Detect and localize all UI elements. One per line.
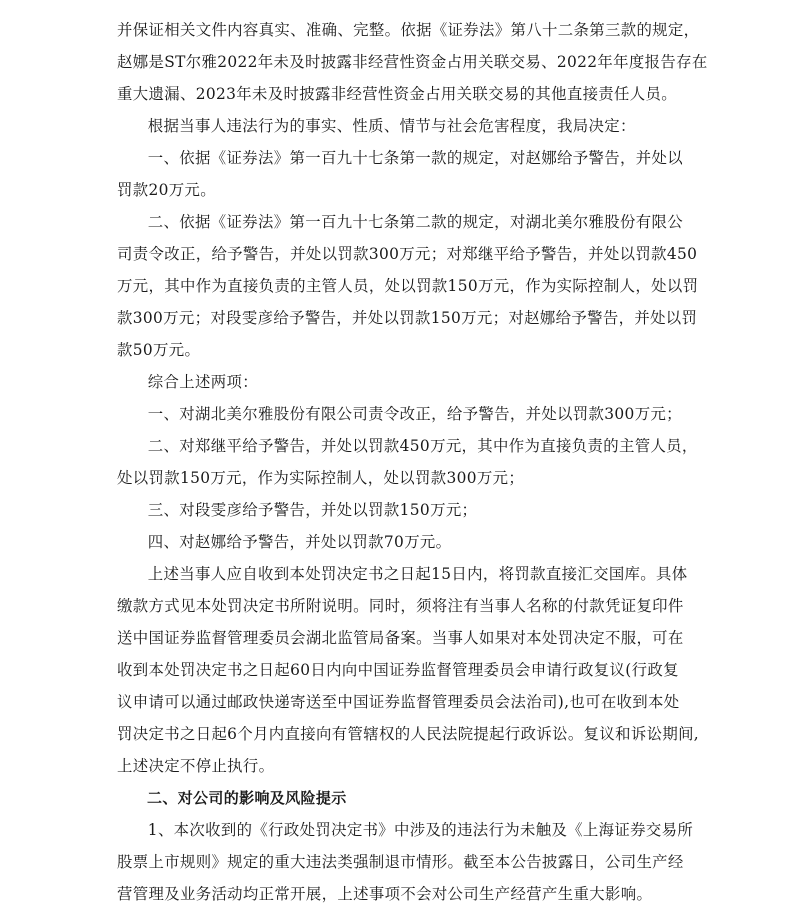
text-line: 股票上市规则》规定的重大违法类强制退市情形。截至本公告披露日，公司生产经 — [117, 846, 699, 878]
text-line: 营管理及业务活动均正常开展，上述事项不会对公司生产经营产生重大影响。 — [117, 878, 699, 910]
text-line: 上述决定不停止执行。 — [117, 750, 699, 782]
text-line: 三、对段雯彦给予警告，并处以罚款150万元； — [117, 494, 699, 526]
text-line: 一、依据《证券法》第一百九十七条第一款的规定，对赵娜给予警告，并处以 — [117, 142, 699, 174]
text-line: 二、依据《证券法》第一百九十七条第二款的规定，对湖北美尔雅股份有限公 — [117, 206, 699, 238]
text-line: 赵娜是ST尔雅2022年未及时披露非经营性资金占用关联交易、2022年年度报告存… — [117, 46, 699, 78]
text-line: 缴款方式见本处罚决定书所附说明。同时，须将注有当事人名称的付款凭证复印件 — [117, 590, 699, 622]
text-line: 综合上述两项： — [117, 366, 699, 398]
text-line: 收到本处罚决定书之日起60日内向中国证券监督管理委员会申请行政复议(行政复 — [117, 654, 699, 686]
document-page: 并保证相关文件内容真实、准确、完整。依据《证券法》第八十二条第三款的规定， 赵娜… — [117, 14, 699, 910]
text-line: 万元，其中作为直接负责的主管人员，处以罚款150万元，作为实际控制人，处以罚 — [117, 270, 699, 302]
text-line: 款50万元。 — [117, 334, 699, 366]
text-line: 处以罚款150万元，作为实际控制人，处以罚款300万元； — [117, 462, 699, 494]
heading-text: 二、对公司的影响及风险提示 — [117, 782, 699, 814]
text-line: 款300万元；对段雯彦给予警告，并处以罚款150万元；对赵娜给予警告，并处以罚 — [117, 302, 699, 334]
paragraph-summary-4: 四、对赵娜给予警告，并处以罚款70万元。 — [117, 526, 699, 558]
text-line: 一、对湖北美尔雅股份有限公司责令改正，给予警告，并处以罚款300万元； — [117, 398, 699, 430]
paragraph-decision-intro: 根据当事人违法行为的事实、性质、情节与社会危害程度，我局决定： — [117, 110, 699, 142]
paragraph-decision-2: 二、依据《证券法》第一百九十七条第二款的规定，对湖北美尔雅股份有限公 司责令改正… — [117, 206, 699, 366]
text-line: 司责令改正，给予警告，并处以罚款300万元；对郑继平给予警告，并处以罚款450 — [117, 238, 699, 270]
paragraph-payment-and-appeal: 上述当事人应自收到本处罚决定书之日起15日内，将罚款直接汇交国库。具体 缴款方式… — [117, 558, 699, 782]
text-line: 罚款20万元。 — [117, 174, 699, 206]
text-line: 根据当事人违法行为的事实、性质、情节与社会危害程度，我局决定： — [117, 110, 699, 142]
section-heading-impact-and-risk: 二、对公司的影响及风险提示 — [117, 782, 699, 814]
paragraph-summary-intro: 综合上述两项： — [117, 366, 699, 398]
paragraph-summary-2: 二、对郑继平给予警告，并处以罚款450万元，其中作为直接负责的主管人员， 处以罚… — [117, 430, 699, 494]
paragraph-impact-1: 1、本次收到的《行政处罚决定书》中涉及的违法行为未触及《上海证券交易所 股票上市… — [117, 814, 699, 910]
text-line: 并保证相关文件内容真实、准确、完整。依据《证券法》第八十二条第三款的规定， — [117, 14, 699, 46]
text-line: 罚决定书之日起6个月内直接向有管辖权的人民法院提起行政诉讼。复议和诉讼期间, — [117, 718, 699, 750]
text-line: 上述当事人应自收到本处罚决定书之日起15日内，将罚款直接汇交国库。具体 — [117, 558, 699, 590]
text-line: 1、本次收到的《行政处罚决定书》中涉及的违法行为未触及《上海证券交易所 — [117, 814, 699, 846]
text-line: 送中国证券监督管理委员会湖北监管局备案。当事人如果对本处罚决定不服，可在 — [117, 622, 699, 654]
text-line: 重大遗漏、2023年未及时披露非经营性资金占用关联交易的其他直接责任人员。 — [117, 78, 699, 110]
paragraph-summary-1: 一、对湖北美尔雅股份有限公司责令改正，给予警告，并处以罚款300万元； — [117, 398, 699, 430]
text-line: 议申请可以通过邮政快递寄送至中国证券监督管理委员会法治司),也可在收到本处 — [117, 686, 699, 718]
text-line: 二、对郑继平给予警告，并处以罚款450万元，其中作为直接负责的主管人员， — [117, 430, 699, 462]
paragraph-decision-1: 一、依据《证券法》第一百九十七条第一款的规定，对赵娜给予警告，并处以 罚款20万… — [117, 142, 699, 206]
text-line: 四、对赵娜给予警告，并处以罚款70万元。 — [117, 526, 699, 558]
paragraph-responsibility: 并保证相关文件内容真实、准确、完整。依据《证券法》第八十二条第三款的规定， 赵娜… — [117, 14, 699, 110]
paragraph-summary-3: 三、对段雯彦给予警告，并处以罚款150万元； — [117, 494, 699, 526]
